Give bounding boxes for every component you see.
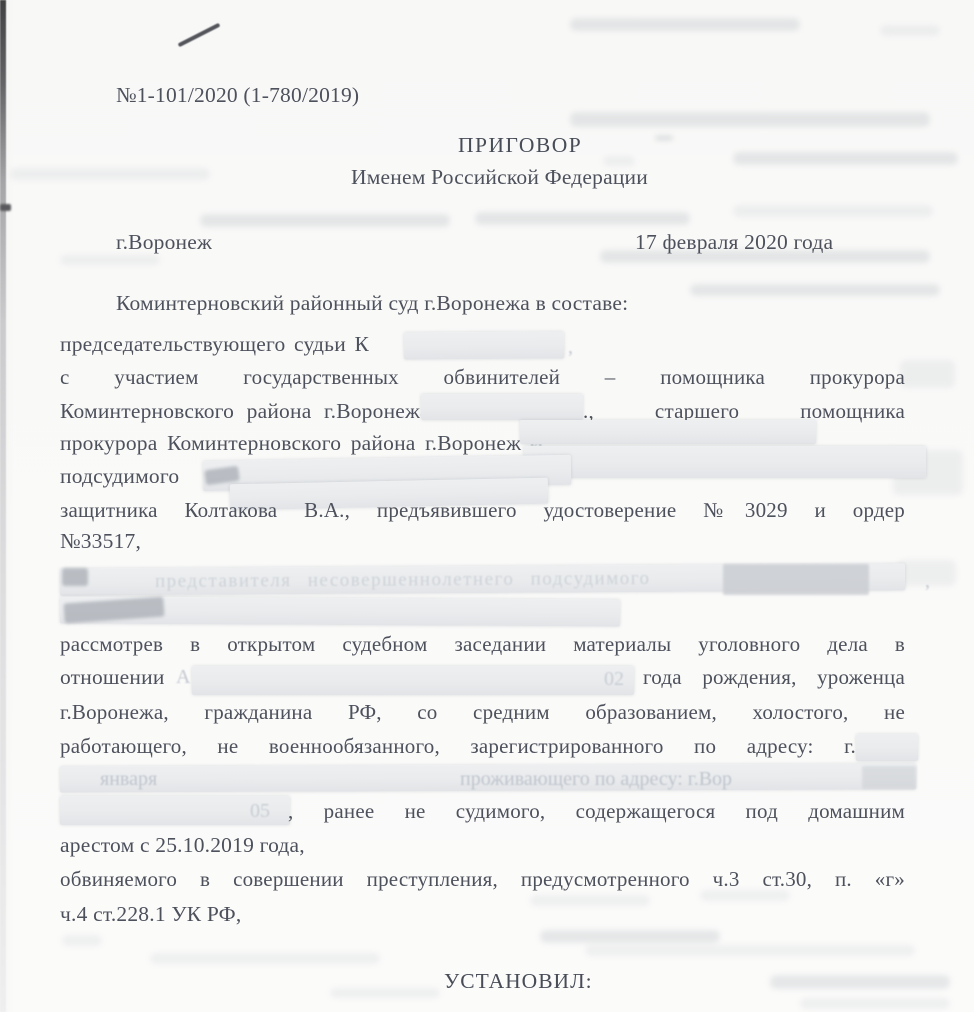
ghost-digits: 05 <box>250 800 270 823</box>
section-heading: УСТАНОВИЛ: <box>444 968 593 995</box>
text-line-case-1: рассмотрев в открытом судебном заседании… <box>60 631 905 658</box>
text-line-case-7: обвиняемого в совершении преступления, п… <box>60 866 905 893</box>
text-line-defender-1: защитника Колтакова В.А., предъявившего … <box>60 497 905 524</box>
text-line-case-2: отношении <box>60 664 165 691</box>
redaction-judge-name <box>404 331 564 359</box>
ghost-text-legal-rep: представителя несовершеннолетнего подсуд… <box>155 568 651 593</box>
redaction-dark-patch <box>723 564 869 595</box>
bleed-through-smudge <box>570 18 800 31</box>
bleed-through-smudge <box>475 212 690 225</box>
ghost-digits: 02 <box>604 668 624 691</box>
text-line-case-5: , ранее не судимого, содержащегося под д… <box>288 798 905 825</box>
redaction-defendant-details <box>192 666 634 695</box>
date-line: 17 февраля 2020 года <box>635 229 833 256</box>
bleed-through-smudge <box>330 988 440 998</box>
bleed-through-smudge <box>733 152 958 165</box>
text-line-case-6: арестом с 25.10.2019 года, <box>60 832 305 859</box>
bleed-through-smudge <box>530 895 650 906</box>
ghost-comma: , <box>568 336 573 359</box>
document-subtitle: Именем Российской Федерации <box>351 164 648 191</box>
case-number: №1-101/2020 (1-780/2019) <box>116 82 359 109</box>
redaction-prosecutor-name-2b <box>524 446 926 478</box>
redaction-prosecutor-name-2 <box>520 420 816 444</box>
bleed-through-smudge <box>733 205 933 217</box>
ghost-text-address: января <box>100 768 157 791</box>
scan-edge-mark <box>0 204 11 211</box>
text-line-judge: председательствующего судьи К <box>60 331 369 358</box>
bleed-through-smudge <box>10 168 210 180</box>
redaction-prosecutor-name-1 <box>421 394 583 420</box>
bleed-through-smudge <box>900 360 955 388</box>
text-line-defendant: подсудимого <box>60 463 179 490</box>
text-line-prosecutors-3: прокурора Коминтерновского района г.Воро… <box>60 430 521 457</box>
text-line-case-3: г.Воронежа, гражданина РФ, со средним об… <box>60 699 905 726</box>
bleed-through-smudge <box>800 998 950 1009</box>
bleed-through-smudge <box>655 136 673 140</box>
text-line-case-8: ч.4 ст.228.1 УК РФ, <box>60 901 241 928</box>
place-line: г.Воронеж <box>116 229 212 256</box>
document-title: ПРИГОВОР <box>458 132 582 159</box>
text-line-defender-2: №33517, <box>60 528 141 555</box>
text-line-prosecutors-2: Коминтерновского района г.Воронежа <box>60 398 430 425</box>
bleed-through-smudge <box>770 975 950 989</box>
scan-edge-left <box>0 0 6 1012</box>
bleed-through-smudge <box>60 255 160 265</box>
bleed-through-smudge <box>200 214 450 227</box>
bleed-through-smudge <box>690 284 940 296</box>
bleed-through-smudge <box>62 935 102 946</box>
redaction-dark-patch <box>862 766 916 789</box>
redaction-address-1 <box>856 734 918 761</box>
bleed-through-smudge <box>585 945 915 956</box>
bleed-through-smudge <box>570 112 930 127</box>
handwritten-slash-mark <box>178 23 221 47</box>
redaction-ink-smudge <box>62 568 88 586</box>
text-line-court: Коминтерновский районный суд г.Воронежа … <box>116 290 628 317</box>
ghost-comma: , <box>925 570 930 593</box>
bleed-through-smudge <box>540 930 720 943</box>
ghost-text-address: проживающего по адресу: г.Вор <box>460 768 732 791</box>
text-line-prosecutors-1: с участием государственных обвинителей –… <box>60 364 905 391</box>
text-line-case-2b: года рождения, уроженца <box>643 664 905 691</box>
bleed-through-smudge <box>880 25 940 36</box>
scanned-document-page: №1-101/2020 (1-780/2019) ПРИГОВОР Именем… <box>0 0 974 1012</box>
ghost-initial: А <box>176 666 190 689</box>
bleed-through-smudge <box>150 953 380 964</box>
text-line-case-4: работающего, не военнообязанного, зареги… <box>60 733 856 760</box>
